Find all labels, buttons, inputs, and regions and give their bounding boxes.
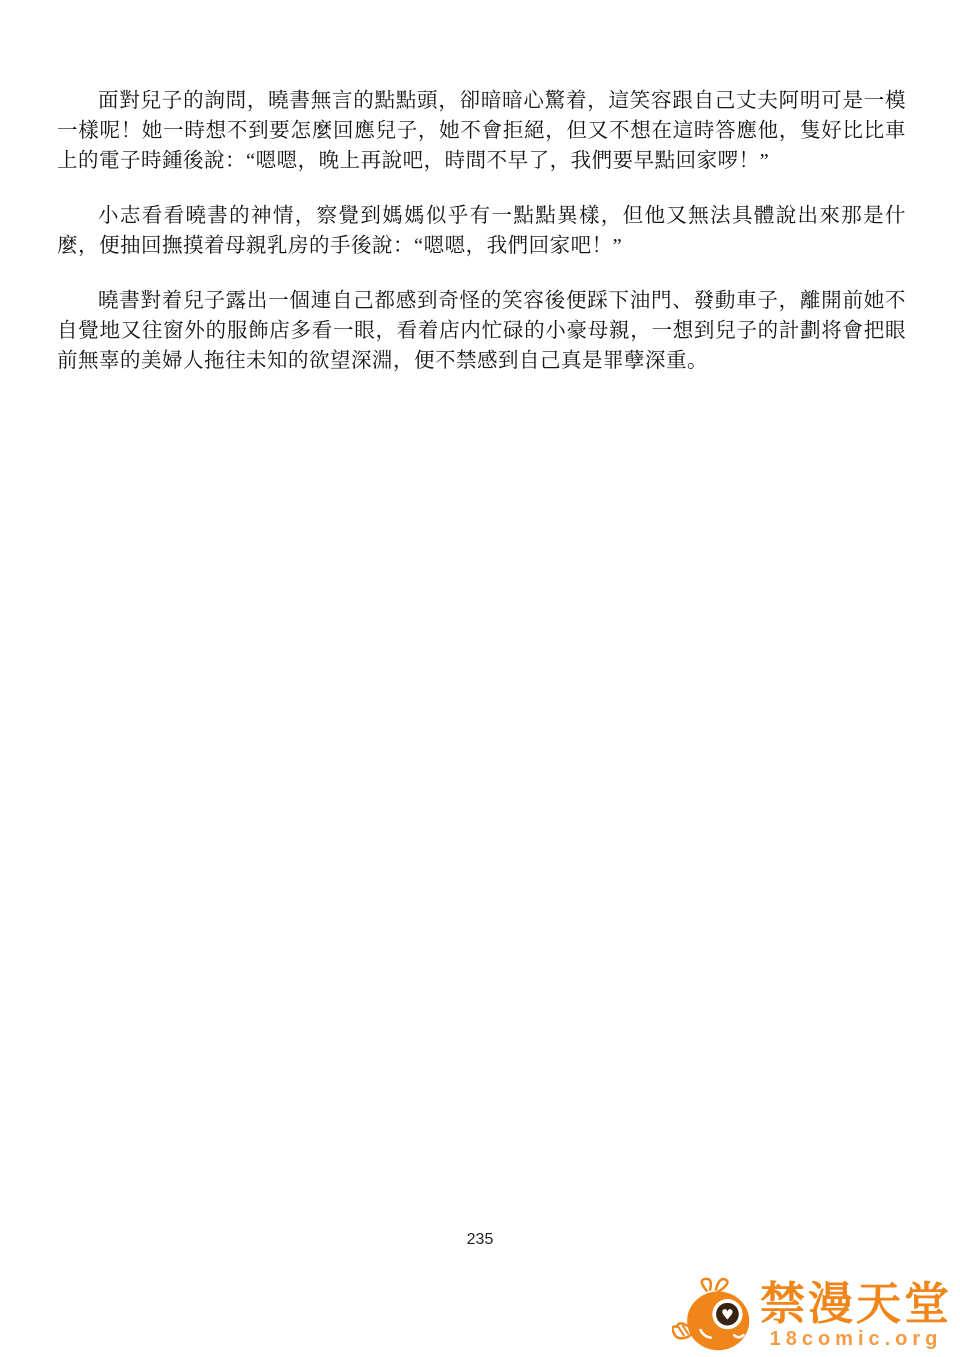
whale-mascot-icon: ♥: [672, 1275, 756, 1355]
watermark: ♥ 禁漫天堂 18comic.org: [672, 1275, 952, 1355]
page-content: 面對兒子的詢問，曉書無言的點點頭，卻暗暗心驚着，這笑容跟自己丈夫阿明可是一模一樣…: [57, 86, 906, 401]
paragraph-3: 曉書對着兒子露出一個連自己都感到奇怪的笑容後便踩下油門、發動車子，離開前她不自覺…: [57, 286, 906, 376]
watermark-text-block: 禁漫天堂 18comic.org: [760, 1280, 952, 1350]
watermark-brand-text: 禁漫天堂: [760, 1280, 952, 1328]
paragraph-2: 小志看看曉書的神情，察覺到媽媽似乎有一點點異樣，但他又無法具體說出來那是什麼，便…: [57, 201, 906, 261]
paragraph-1: 面對兒子的詢問，曉書無言的點點頭，卻暗暗心驚着，這笑容跟自己丈夫阿明可是一模一樣…: [57, 86, 906, 176]
page-number: 235: [0, 1231, 960, 1249]
document-page: 面對兒子的詢問，曉書無言的點點頭，卻暗暗心驚着，這笑容跟自己丈夫阿明可是一模一樣…: [0, 0, 960, 1357]
svg-text:♥: ♥: [721, 1308, 734, 1324]
watermark-site-url: 18comic.org: [770, 1328, 943, 1350]
